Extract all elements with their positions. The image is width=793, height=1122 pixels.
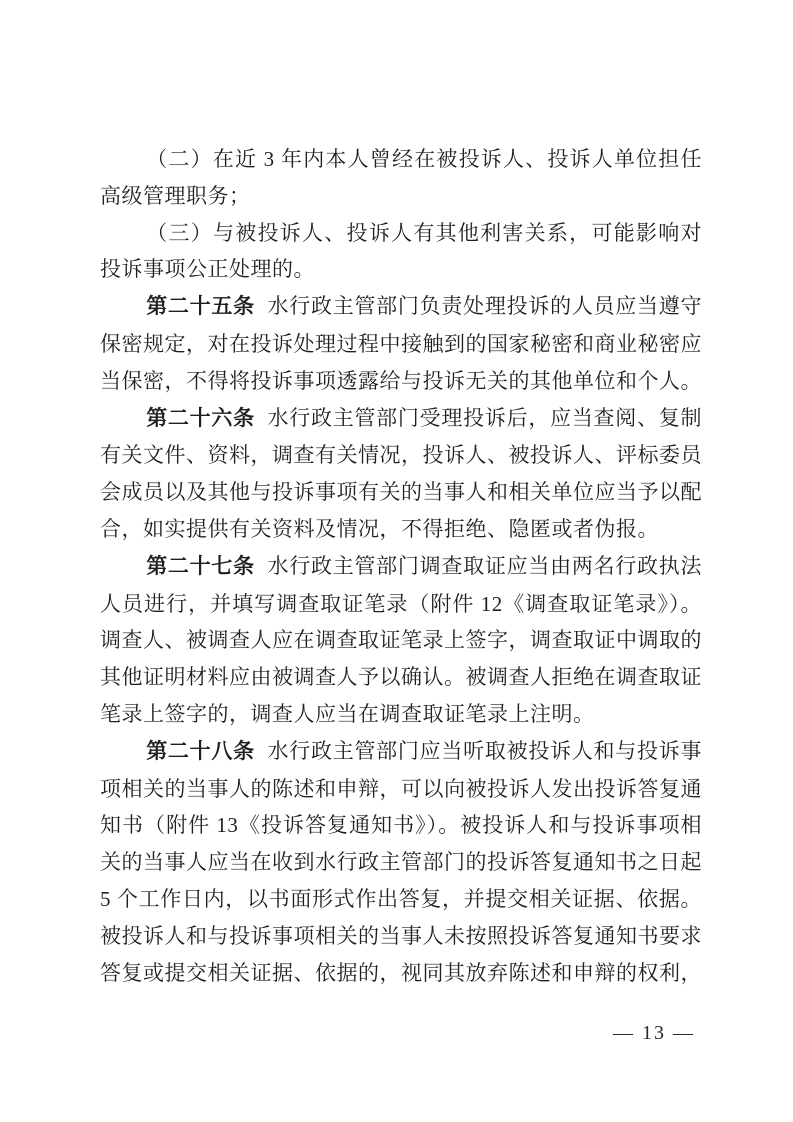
article-number: 第二十八条 bbox=[146, 740, 255, 763]
paragraph-text: 水行政主管部门调查取证应当由两名行政执法人员进行，并填写调查取证笔录（附件 12… bbox=[100, 554, 702, 726]
paragraph-item-2: （二）在近 3 年内本人曾经在被投诉人、投诉人单位担任高级管理职务； bbox=[100, 141, 702, 215]
paragraph-article-28: 第二十八条水行政主管部门应当听取被投诉人和与投诉事项相关的当事人的陈述和申辩，可… bbox=[100, 733, 702, 992]
paragraph-text: 水行政主管部门应当听取被投诉人和与投诉事项相关的当事人的陈述和申辩，可以向被投诉… bbox=[100, 739, 702, 985]
paragraph-item-3: （三）与被投诉人、投诉人有其他利害关系，可能影响对投诉事项公正处理的。 bbox=[100, 215, 702, 289]
paragraph-text: （三）与被投诉人、投诉人有其他利害关系，可能影响对投诉事项公正处理的。 bbox=[100, 221, 702, 282]
article-number: 第二十五条 bbox=[146, 295, 255, 318]
paragraph-article-27: 第二十七条水行政主管部门调查取证应当由两名行政执法人员进行，并填写调查取证笔录（… bbox=[100, 548, 702, 733]
article-number: 第二十六条 bbox=[146, 407, 255, 430]
paragraph-article-25: 第二十五条水行政主管部门负责处理投诉的人员应当遵守保密规定，对在投诉处理过程中接… bbox=[100, 288, 702, 399]
article-number: 第二十七条 bbox=[146, 555, 255, 578]
paragraph-article-26: 第二十六条水行政主管部门受理投诉后，应当查阅、复制有关文件、资料，调查有关情况，… bbox=[100, 400, 702, 548]
paragraph-text: （二）在近 3 年内本人曾经在被投诉人、投诉人单位担任高级管理职务； bbox=[100, 147, 702, 208]
document-body: （二）在近 3 年内本人曾经在被投诉人、投诉人单位担任高级管理职务； （三）与被… bbox=[100, 141, 702, 991]
document-page: （二）在近 3 年内本人曾经在被投诉人、投诉人单位担任高级管理职务； （三）与被… bbox=[0, 0, 793, 1122]
page-number: — 13 — bbox=[613, 1022, 695, 1045]
